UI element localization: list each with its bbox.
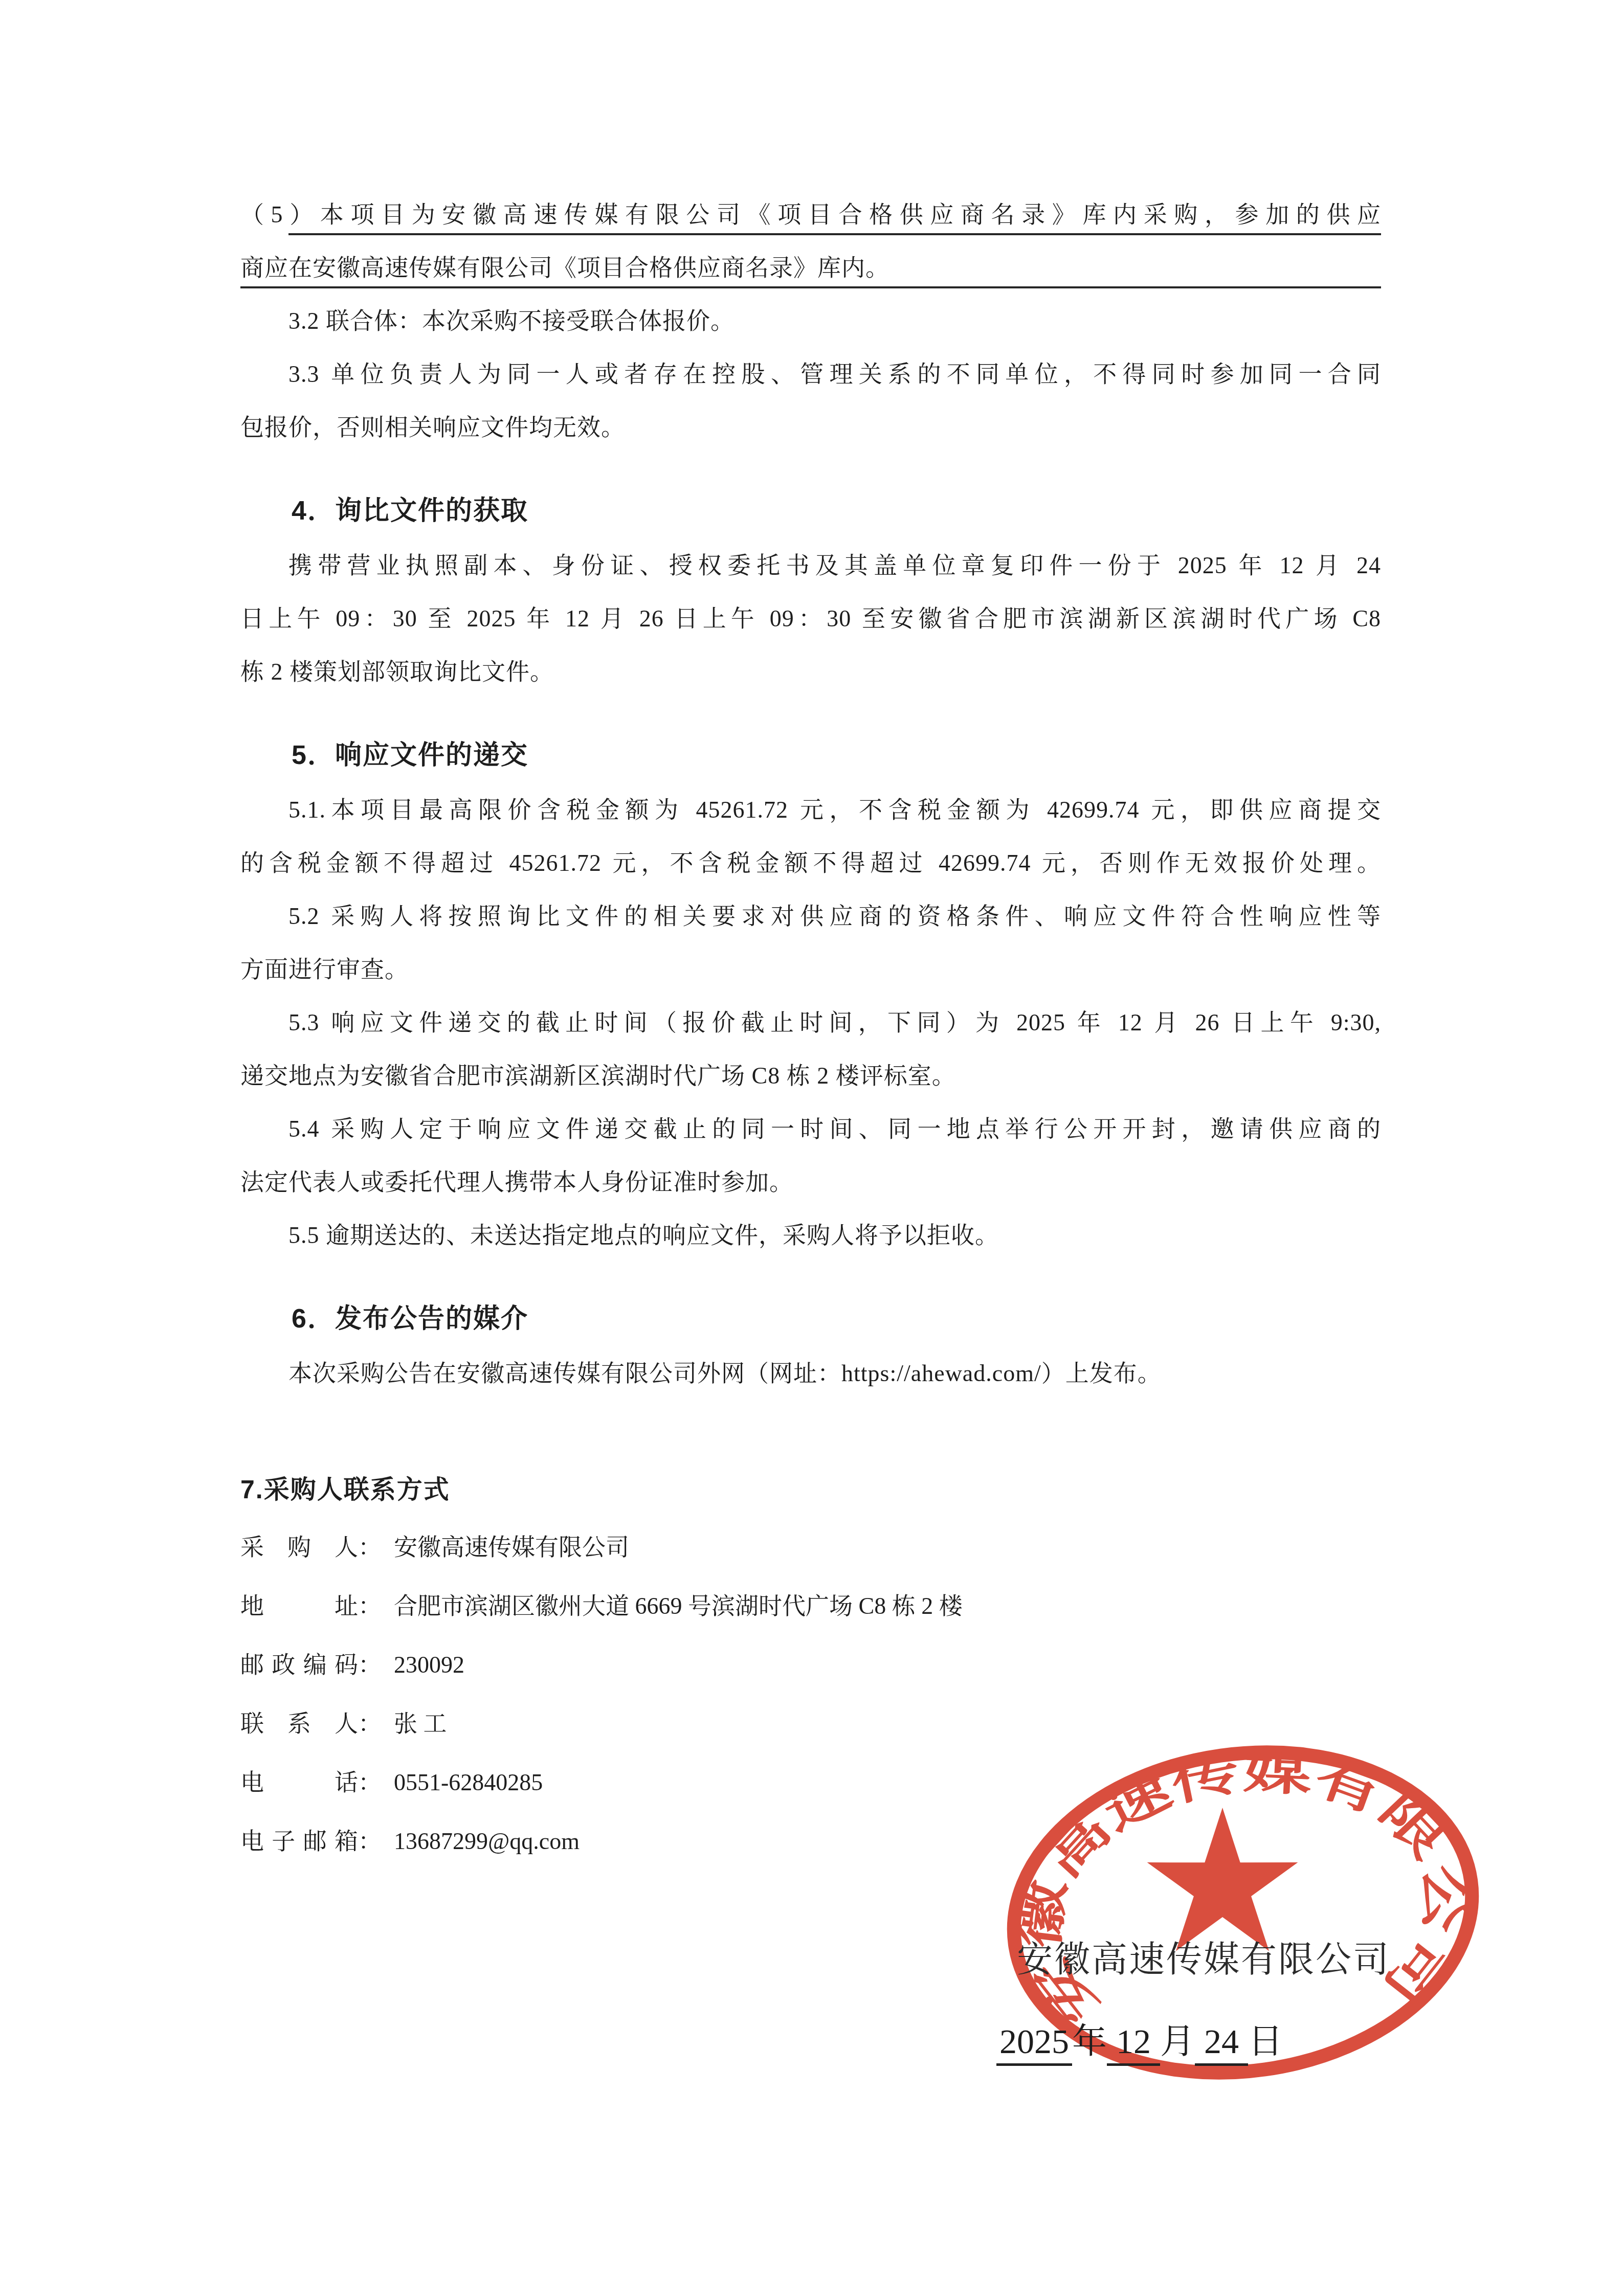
clause-5-2-line-1: 5.2 采购人将按照询比文件的相关要求对供应商的资格条件、响应文件符合性响应性等	[240, 890, 1381, 943]
contact-row-purchaser: 采购人：安徽高速传媒有限公司	[240, 1518, 1381, 1577]
clause-5-1-line-1: 5.1.本项目最高限价含税金额为 45261.72 元，不含税金额为 42699…	[240, 783, 1381, 837]
date-month-label: 月	[1160, 2022, 1195, 2061]
contact-label: 电子邮箱	[240, 1812, 358, 1871]
contact-separator: ：	[358, 1769, 382, 1795]
clause-5-3-line-1: 5.3 响应文件递交的截止时间（报价截止时间，下同）为 2025 年 12 月 …	[240, 996, 1381, 1049]
contact-row-address: 地址：合肥市滨湖区徽州大道 6669 号滨湖时代广场 C8 栋 2 楼	[240, 1577, 1381, 1635]
section-7-heading: 7.采购人联系方式	[240, 1461, 1381, 1518]
contact-label: 邮政编码	[240, 1635, 358, 1694]
contact-value: 230092	[394, 1652, 464, 1678]
section-4-heading: 4．询比文件的获取	[240, 483, 1381, 539]
contact-separator: ：	[358, 1710, 382, 1737]
contact-label: 地址	[240, 1577, 358, 1635]
date-year-label: 年	[1072, 2022, 1107, 2061]
contact-separator: ：	[358, 1534, 382, 1560]
document-body: （5）本项目为安徽高速传媒有限公司《项目合格供应商名录》库内采购，参加的供应 商…	[240, 188, 1381, 1871]
clause-5-1-line-2: 的含税金额不得超过 45261.72 元，不含税金额不得超过 42699.74 …	[240, 837, 1381, 890]
clause-3-3-line-2: 包报价，否则相关响应文件均无效。	[240, 401, 1381, 454]
clause-5-line-2: 商应在安徽高速传媒有限公司《项目合格供应商名录》库内。	[240, 241, 1381, 295]
contact-separator: ：	[358, 1652, 382, 1678]
contact-value: 合肥市滨湖区徽州大道 6669 号滨湖时代广场 C8 栋 2 楼	[394, 1593, 963, 1619]
contact-value: 张 工	[394, 1710, 447, 1737]
contact-label: 采购人	[240, 1518, 358, 1577]
contact-label: 电话	[240, 1753, 358, 1812]
contact-label: 联系人	[240, 1694, 358, 1753]
signature-date: 2025年12月24日	[996, 2014, 1283, 2066]
contact-value: 13687299@qq.com	[394, 1828, 580, 1854]
contact-value: 0551-62840285	[394, 1769, 543, 1795]
clause-3-3-line-1: 3.3 单位负责人为同一人或者存在控股、管理关系的不同单位，不得同时参加同一合同	[240, 348, 1381, 401]
contact-separator: ：	[358, 1593, 382, 1619]
seal-star-icon	[1147, 1808, 1298, 1951]
section-6-heading: 6．发布公告的媒介	[240, 1291, 1381, 1347]
contact-separator: ：	[358, 1828, 382, 1854]
date-day: 24	[1195, 2019, 1248, 2066]
clause-5-line-1: （5）本项目为安徽高速传媒有限公司《项目合格供应商名录》库内采购，参加的供应	[240, 188, 1381, 241]
clause-5-4-line-2: 法定代表人或委托代理人携带本人身份证准时参加。	[240, 1156, 1381, 1209]
clause-5-2-line-2: 方面进行审查。	[240, 943, 1381, 996]
section-4-line-1: 携带营业执照副本、身份证、授权委托书及其盖单位章复印件一份于 2025 年 12…	[240, 539, 1381, 592]
section-4-line-2: 日上午 09：30 至 2025 年 12 月 26 日上午 09：30 至安徽…	[240, 592, 1381, 645]
contact-value: 安徽高速传媒有限公司	[394, 1534, 629, 1560]
date-day-label: 日	[1248, 2022, 1283, 2061]
date-month: 12	[1107, 2019, 1160, 2066]
section-4-line-3: 栋 2 楼策划部领取询比文件。	[240, 645, 1381, 699]
date-year: 2025	[996, 2019, 1072, 2066]
section-6-body: 本次采购公告在安徽高速传媒有限公司外网（网址：https://ahewad.co…	[240, 1347, 1381, 1400]
clause-5-4-line-1: 5.4 采购人定于响应文件递交截止的同一时间、同一地点举行公开开封，邀请供应商的	[240, 1102, 1381, 1156]
clause-5-5: 5.5 逾期送达的、未送达指定地点的响应文件，采购人将予以拒收。	[240, 1209, 1381, 1262]
clause-3-2: 3.2 联合体：本次采购不接受联合体报价。	[240, 295, 1381, 348]
section-5-heading: 5．响应文件的递交	[240, 727, 1381, 783]
clause-5-3-line-2: 递交地点为安徽省合肥市滨湖新区滨湖时代广场 C8 栋 2 楼评标室。	[240, 1049, 1381, 1102]
signature-company-name: 安徽高速传媒有限公司	[1017, 1931, 1390, 1983]
document-page: （5）本项目为安徽高速传媒有限公司《项目合格供应商名录》库内采购，参加的供应 商…	[0, 0, 1624, 2296]
contact-row-postcode: 邮政编码：230092	[240, 1635, 1381, 1694]
